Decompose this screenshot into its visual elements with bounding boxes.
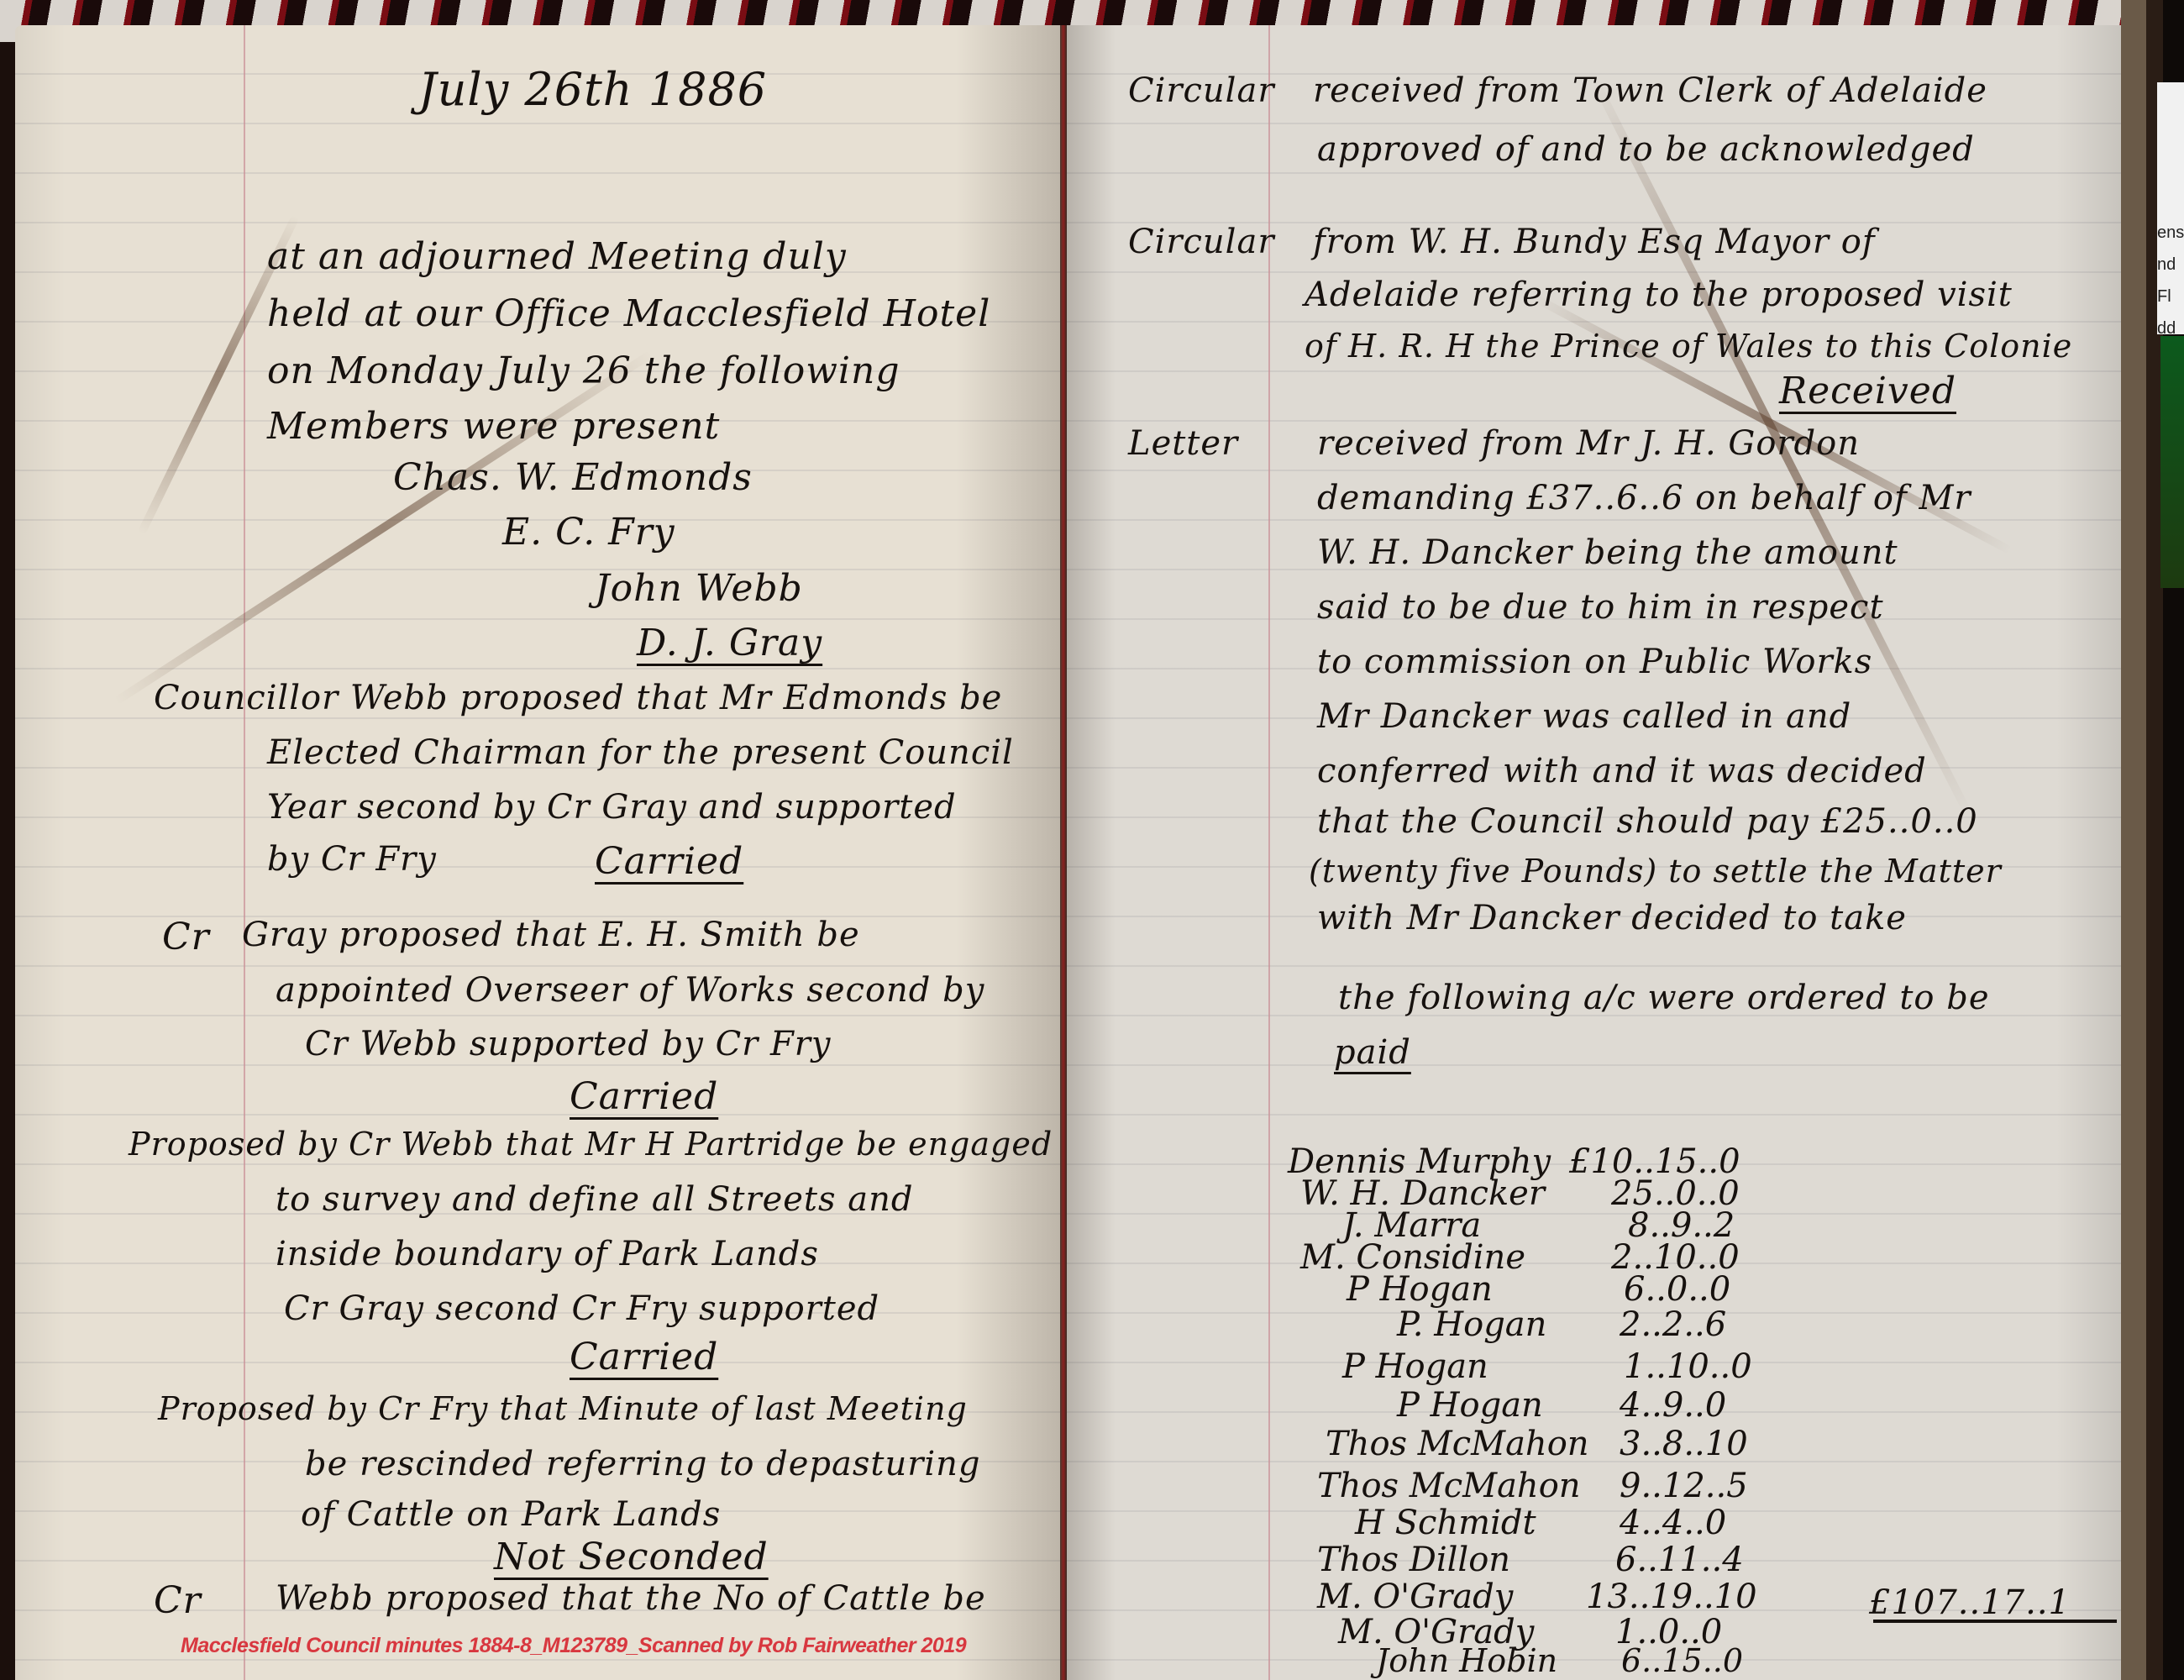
partial-text: dd (2157, 312, 2184, 334)
resolution-line: Cr Webb supported by Cr Fry (305, 1025, 832, 1063)
resolution-line: appointed Overseer of Works second by (276, 971, 984, 1010)
margin-rule (244, 25, 245, 1680)
entry-line: that the Council should pay £25..0..0 (1317, 802, 1978, 841)
entry-line: received from Town Clerk of Adelaide (1313, 71, 1987, 110)
payee-name: John Hobin (1376, 1642, 1557, 1679)
payment-amount: 1..10..0 (1624, 1347, 1752, 1386)
margin-note: Circular (1128, 223, 1274, 261)
resolution-line: Proposed by Cr Fry that Minute of last M… (158, 1390, 968, 1427)
total-underline (1873, 1620, 2117, 1623)
opening-line: Members were present (267, 405, 720, 448)
margin-rule (1268, 25, 1270, 1680)
resolution-line: Gray proposed that E. H. Smith be (242, 916, 860, 954)
payee-name: P Hogan (1397, 1386, 1543, 1425)
scan-watermark: Macclesfield Council minutes 1884-8_M123… (181, 1634, 966, 1658)
payments-total: £107..17..1 (1869, 1583, 2071, 1622)
result-received: Received (1779, 370, 1956, 412)
entry-line: received from Mr J. H. Gordon (1317, 424, 1860, 463)
member-name: E. C. Fry (502, 511, 675, 554)
result-not-seconded: Not Seconded (494, 1536, 769, 1578)
payments-intro: paid (1334, 1033, 1411, 1072)
partial-text: Fl (2157, 281, 2184, 312)
margin-note: Letter (1128, 424, 1238, 463)
payment-amount: 9..12..5 (1620, 1467, 1748, 1505)
resolution-line: be rescinded referring to depasturing (305, 1445, 981, 1483)
partial-text: ens (2157, 217, 2184, 249)
partial-text: nd (2157, 249, 2184, 281)
entry-line: Mr Dancker was called in and (1317, 697, 1851, 736)
entry-line: W. H. Dancker being the amount (1317, 533, 1898, 572)
payee-name: P Hogan (1347, 1270, 1493, 1309)
payee-name: H Schmidt (1355, 1504, 1536, 1542)
entry-line: conferred with and it was decided (1317, 752, 1927, 790)
payment-amount: 6..0..0 (1624, 1270, 1730, 1309)
member-name: Chas. W. Edmonds (393, 456, 753, 499)
margin-note: Circular (1128, 71, 1274, 110)
payee-name: Thos Dillon (1317, 1541, 1510, 1579)
payee-name: P Hogan (1342, 1347, 1488, 1386)
resolution-line: Year second by Cr Gray and supported (267, 788, 957, 827)
margin-note: Cr (162, 916, 210, 958)
payment-amount: 6..11..4 (1615, 1541, 1744, 1579)
entry-line: of H. R. H the Prince of Wales to this C… (1305, 328, 2072, 365)
result-carried: Carried (570, 1336, 718, 1378)
entry-line: approved of and to be acknowledged (1317, 130, 1975, 169)
book-spine (1060, 25, 1067, 1680)
background-green-fragment (2160, 336, 2184, 588)
member-name: John Webb (595, 567, 803, 610)
entry-line: with Mr Dancker decided to take (1317, 899, 1907, 937)
entry-line: to commission on Public Works (1317, 643, 1872, 681)
payment-amount: 4..4..0 (1620, 1504, 1726, 1542)
payee-name: P. Hogan (1397, 1305, 1546, 1344)
opening-line: at an adjourned Meeting duly (267, 235, 847, 278)
resolution-line: Councillor Webb proposed that Mr Edmonds… (154, 679, 1002, 717)
resolution-line: Proposed by Cr Webb that Mr H Partridge … (129, 1126, 1053, 1163)
payment-amount: 4..9..0 (1620, 1386, 1726, 1425)
resolution-line: inside boundary of Park Lands (276, 1235, 819, 1273)
member-name: D. J. Gray (637, 622, 822, 664)
payment-amount: 3..8..10 (1620, 1425, 1748, 1463)
opening-line: on Monday July 26 the following (267, 349, 900, 392)
resolution-line: by Cr Fry (267, 840, 437, 879)
entry-line: Adelaide referring to the proposed visit (1305, 276, 2013, 314)
result-carried: Carried (570, 1075, 718, 1118)
background-paper-fragment: ens nd Fl dd (2157, 82, 2184, 334)
result-carried: Carried (595, 840, 743, 883)
payment-amount: 2..2..6 (1620, 1305, 1726, 1344)
resolution-line: to survey and define all Streets and (276, 1180, 913, 1219)
margin-note: Cr (154, 1579, 202, 1622)
left-page: July 26th 1886 at an adjourned Meeting d… (15, 25, 1063, 1680)
resolution-line: of Cattle on Park Lands (301, 1495, 721, 1534)
right-page: Circular received from Town Clerk of Ade… (1065, 25, 2121, 1680)
resolution-line: Cr Gray second Cr Fry supported (284, 1289, 879, 1328)
payment-amount: 6..15..0 (1621, 1642, 1743, 1679)
payments-intro: the following a/c were ordered to be (1338, 979, 1990, 1017)
payee-name: M. O'Grady (1317, 1578, 1513, 1616)
entry-line: from W. H. Bundy Esq Mayor of (1313, 223, 1876, 261)
payee-name: Thos McMahon (1317, 1467, 1581, 1505)
payee-name: Thos McMahon (1326, 1425, 1589, 1463)
entry-line: demanding £37..6..6 on behalf of Mr (1317, 479, 1971, 517)
entry-line: (twenty five Pounds) to settle the Matte… (1309, 853, 2002, 890)
resolution-line: Webb proposed that the No of Cattle be (276, 1579, 986, 1618)
payment-amount: 13..19..10 (1586, 1578, 1757, 1616)
resolution-line: Elected Chairman for the present Council (267, 733, 1014, 772)
opening-line: held at our Office Macclesfield Hotel (267, 292, 990, 335)
date-heading: July 26th 1886 (418, 63, 767, 116)
entry-line: said to be due to him in respect (1317, 588, 1884, 627)
